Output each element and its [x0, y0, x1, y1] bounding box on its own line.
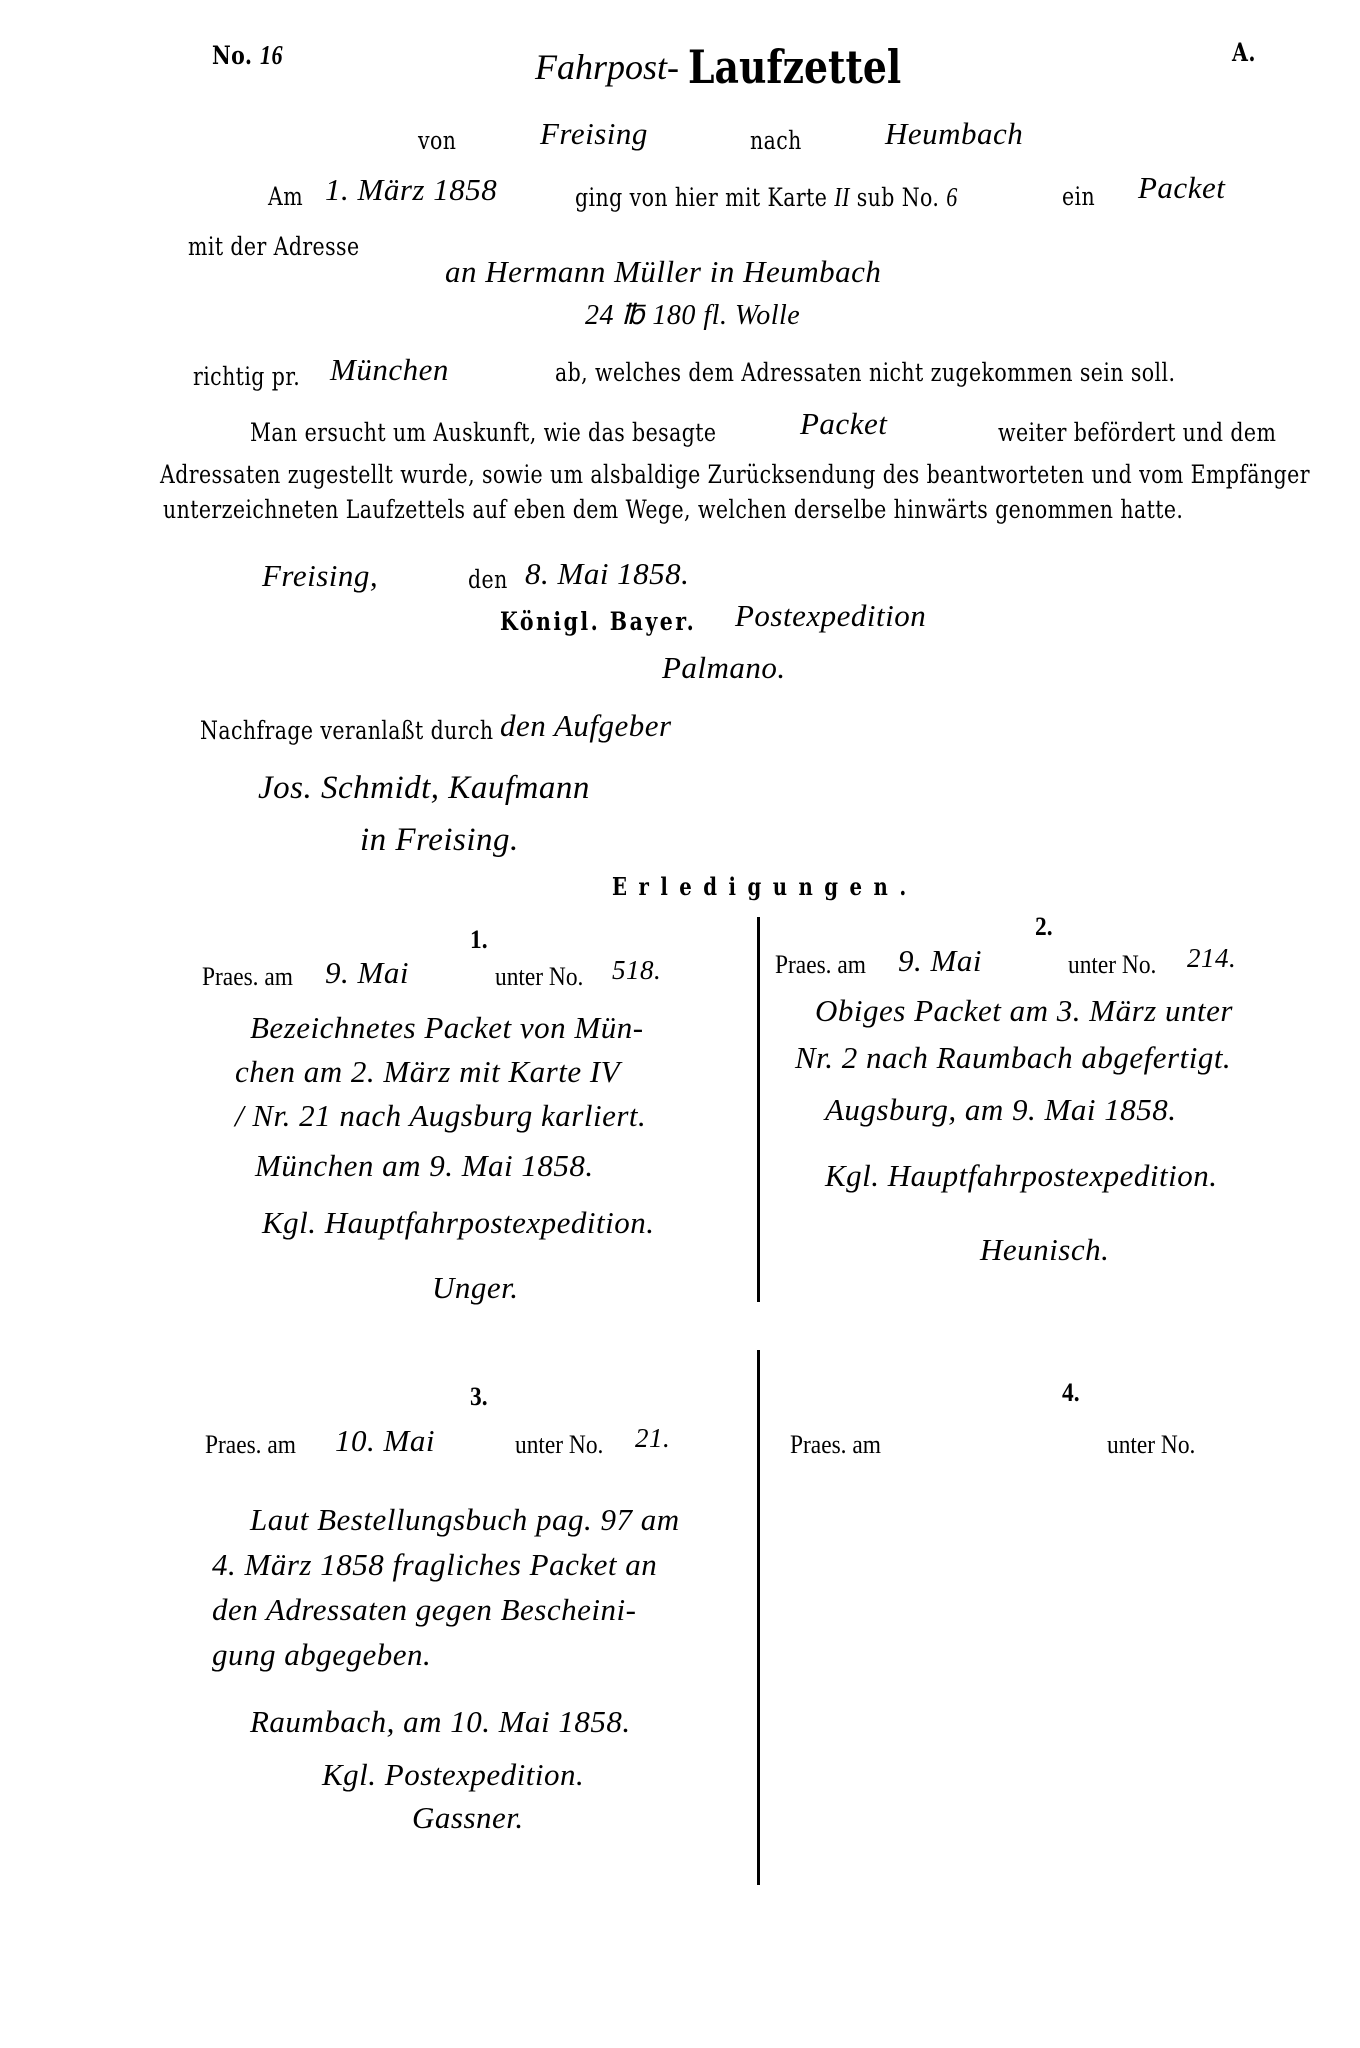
unter-label: unter No. [1068, 950, 1156, 980]
request-line-1b: weiter befördert und dem [998, 418, 1276, 447]
karte-value: II [834, 182, 850, 212]
issued-office-handwritten: Postexpedition [735, 598, 926, 634]
entry-body-line: Obiges Packet am 3. März unter [815, 993, 1233, 1029]
form-number: No. 16 [212, 40, 283, 71]
entry-ref: 21. [635, 1423, 670, 1454]
from-label: von [418, 126, 456, 155]
to-value: Heumbach [885, 116, 1023, 152]
issued-date: 8. Mai 1858. [525, 556, 689, 592]
unter-label: unter No. [515, 1430, 603, 1460]
entry-number: 1. [470, 925, 488, 955]
inquiry-value-2: Jos. Schmidt, Kaufmann [258, 770, 590, 807]
title-printed: Laufzettel [688, 40, 901, 94]
to-label: nach [750, 126, 802, 155]
address-label: mit der Adresse [188, 232, 360, 261]
form-number-value: 16 [260, 40, 283, 70]
request-line-1a: Man ersucht um Auskunft, wie das besagte [250, 418, 716, 447]
inquiry-value-1: den Aufgeber [500, 708, 672, 744]
dispatch-date: 1. März 1858 [325, 172, 497, 208]
entry-signature: Heunisch. [980, 1232, 1109, 1268]
praes-label: Praes. am [202, 962, 293, 992]
ein-label: ein [1062, 182, 1095, 211]
issued-place: Freising, [262, 558, 378, 594]
entry-body-line: Augsburg, am 9. Mai 1858. [825, 1092, 1177, 1128]
entry-body-line: Bezeichnetes Packet von Mün- [250, 1010, 644, 1046]
entry-number: 3. [470, 1382, 488, 1412]
entry-body-line: chen am 2. März mit Karte IV [235, 1054, 620, 1090]
address-value: an Hermann Müller in Heumbach [445, 254, 881, 290]
routing-label: richtig pr. [193, 362, 300, 391]
sub-value: 6 [946, 182, 957, 212]
inquiry-value-3: in Freising. [360, 822, 519, 859]
column-divider-top [757, 917, 760, 1302]
issued-signature: Palmano. [662, 650, 786, 686]
request-line-3: unterzeichneten Laufzettels auf eben dem… [163, 495, 1183, 524]
entry-date: 10. Mai [335, 1423, 435, 1459]
entry-number: 2. [1035, 912, 1053, 942]
sub-label: sub No. [857, 183, 940, 212]
entry-ref: 214. [1187, 943, 1236, 974]
entry-body-line: / Nr. 21 nach Augsburg karliert. [235, 1098, 646, 1134]
entry-office: Kgl. Hauptfahrpostexpedition. [262, 1205, 655, 1241]
resolutions-heading: Erledigungen. [612, 872, 918, 901]
request-line-2: Adressaten zugestellt wurde, sowie um al… [160, 460, 1310, 489]
praes-label: Praes. am [775, 950, 866, 980]
form-number-label: No. [212, 41, 252, 70]
entry-office: Kgl. Hauptfahrpostexpedition. [825, 1158, 1218, 1194]
entry-number: 4. [1062, 1378, 1080, 1408]
issued-den-label: den [468, 565, 508, 594]
entry-body-line: Nr. 2 nach Raumbach abgefertigt. [795, 1040, 1231, 1076]
inquiry-label: Nachfrage veranlaßt durch [200, 716, 493, 745]
contents-value: 24 ℔ 180 fl. Wolle [585, 298, 800, 332]
entry-body-line: 4. März 1858 fragliches Packet an [212, 1547, 657, 1583]
routing-via: München [330, 352, 449, 388]
entry-date: 9. Mai [898, 943, 982, 979]
request-item: Packet [800, 406, 887, 442]
entry-body-line: den Adressaten gegen Bescheini- [212, 1592, 636, 1628]
praes-label: Praes. am [205, 1430, 296, 1460]
page-title: Fahrpost- [535, 46, 679, 88]
entry-body-line: Laut Bestellungsbuch pag. 97 am [250, 1502, 680, 1538]
corner-mark: A. [1232, 38, 1256, 67]
entry-ref: 518. [612, 955, 661, 986]
column-divider-bottom [757, 1350, 760, 1885]
am-label: Am [268, 182, 303, 211]
praes-label: Praes. am [790, 1430, 881, 1460]
entry-office: Kgl. Postexpedition. [322, 1757, 584, 1793]
title-handwritten: Fahrpost- [535, 47, 679, 87]
entry-date: 9. Mai [325, 955, 409, 991]
entry-signature: Unger. [432, 1270, 519, 1306]
dispatch-text: ging von hier mit Karte II sub No. 6 [575, 182, 958, 213]
item-value: Packet [1138, 170, 1225, 206]
entry-body-line: Raumbach, am 10. Mai 1858. [250, 1704, 631, 1740]
from-value: Freising [540, 116, 648, 152]
unter-label: unter No. [1107, 1430, 1195, 1460]
entry-signature: Gassner. [412, 1800, 524, 1836]
entry-body-line: gung abgegeben. [212, 1637, 431, 1673]
routing-text: ab, welches dem Adressaten nicht zugekom… [555, 358, 1175, 387]
issued-office-printed: Königl. Bayer. [500, 607, 696, 636]
entry-body-line: München am 9. Mai 1858. [255, 1148, 594, 1184]
unter-label: unter No. [495, 962, 583, 992]
